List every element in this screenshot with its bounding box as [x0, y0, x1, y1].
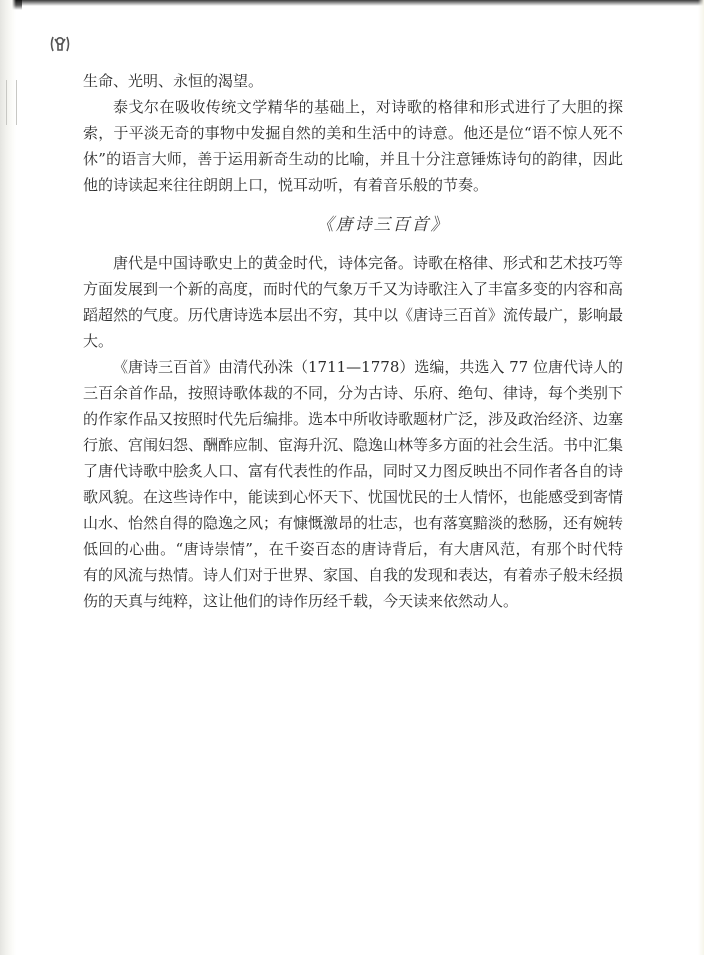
section-title: 《唐诗三百首》	[83, 212, 623, 238]
binding-mark	[16, 80, 17, 125]
paragraph-continuation: 生命、光明、永恒的渴望。	[83, 68, 623, 94]
page-body: 生命、光明、永恒的渴望。 泰戈尔在吸收传统文学精华的基础上，对诗歌的格律和形式进…	[83, 68, 623, 614]
page-right-edge	[698, 0, 704, 955]
paragraph-tang-anthology: 《唐诗三百首》由清代孙洙（1711—1778）选编，共选入 77 位唐代诗人的三…	[83, 354, 623, 614]
book-binding-edge	[0, 0, 16, 955]
book-publisher-emblem-icon	[49, 34, 71, 54]
paragraph-tagore: 泰戈尔在吸收传统文学精华的基础上，对诗歌的格律和形式进行了大胆的探索，于平淡无奇…	[83, 94, 623, 198]
binding-mark	[6, 80, 7, 125]
scan-top-shadow	[0, 0, 704, 6]
paragraph-tang-intro: 唐代是中国诗歌史上的黄金时代，诗体完备。诗歌在格律、形式和艺术技巧等方面发展到一…	[83, 250, 623, 354]
